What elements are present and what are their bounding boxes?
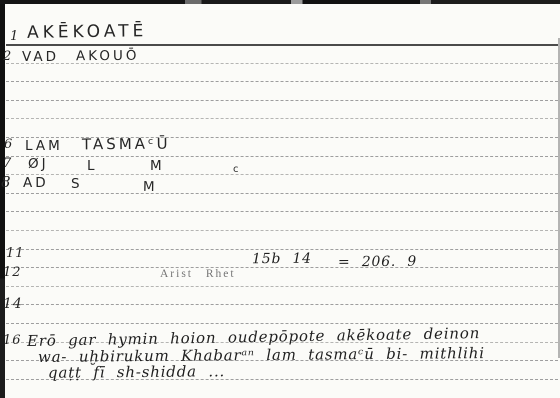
ruled-line <box>6 81 558 82</box>
vad-label: VAD <box>22 49 59 65</box>
margin-number-8: 8 <box>1 173 12 191</box>
margin-number-7: 7 <box>3 156 12 171</box>
margin-number-11: 11 <box>6 246 25 261</box>
lam-label: LAM <box>25 138 63 154</box>
greek-root: AKOUŌ <box>76 48 140 65</box>
arabic-page-reference: = 206. 9 <box>338 254 417 271</box>
siglum-8c: M <box>143 179 158 195</box>
quote-line-3: qaṭṭ fī sh-shidda ... <box>48 362 225 382</box>
scan-edge-top <box>0 0 560 4</box>
index-card: 1 AKĒKOATĒ 2 VAD AKOUŌ 6 LAM TASMAᶜŪ 7 Ø… <box>0 0 560 398</box>
margin-number-2: 2 <box>3 49 12 64</box>
ruled-line <box>6 193 558 194</box>
arabic-gloss: TASMAᶜŪ <box>82 135 171 154</box>
siglum-7b: L <box>87 158 98 174</box>
siglum-7c: M <box>150 158 165 174</box>
siglum-8a: AD <box>23 175 49 191</box>
bekker-reference: 15b 14 <box>252 251 312 268</box>
ruled-line <box>6 249 558 250</box>
margin-number-1: 1 <box>10 29 19 44</box>
typed-source: Arist Rhet <box>160 268 236 280</box>
ruled-line <box>6 174 558 175</box>
ruled-line <box>6 100 558 101</box>
ruled-line <box>6 286 558 287</box>
margin-number-6: 6 <box>4 137 13 152</box>
ruled-line <box>6 118 558 119</box>
ruled-line <box>6 304 558 305</box>
ruled-line <box>6 211 558 212</box>
ruled-line <box>6 44 558 46</box>
margin-number-16: 16 <box>3 333 22 348</box>
ruled-line <box>6 230 558 231</box>
greek-lemma: AKĒKOATĒ <box>27 21 148 43</box>
siglum-8b: S <box>71 176 83 192</box>
ruled-line <box>6 267 558 268</box>
margin-number-14: 14 <box>3 296 23 312</box>
margin-number-12: 12 <box>3 265 22 280</box>
ruled-line <box>6 156 558 157</box>
siglum-7a: ØJ <box>28 156 49 172</box>
superscript-c-mark: c <box>233 164 239 175</box>
